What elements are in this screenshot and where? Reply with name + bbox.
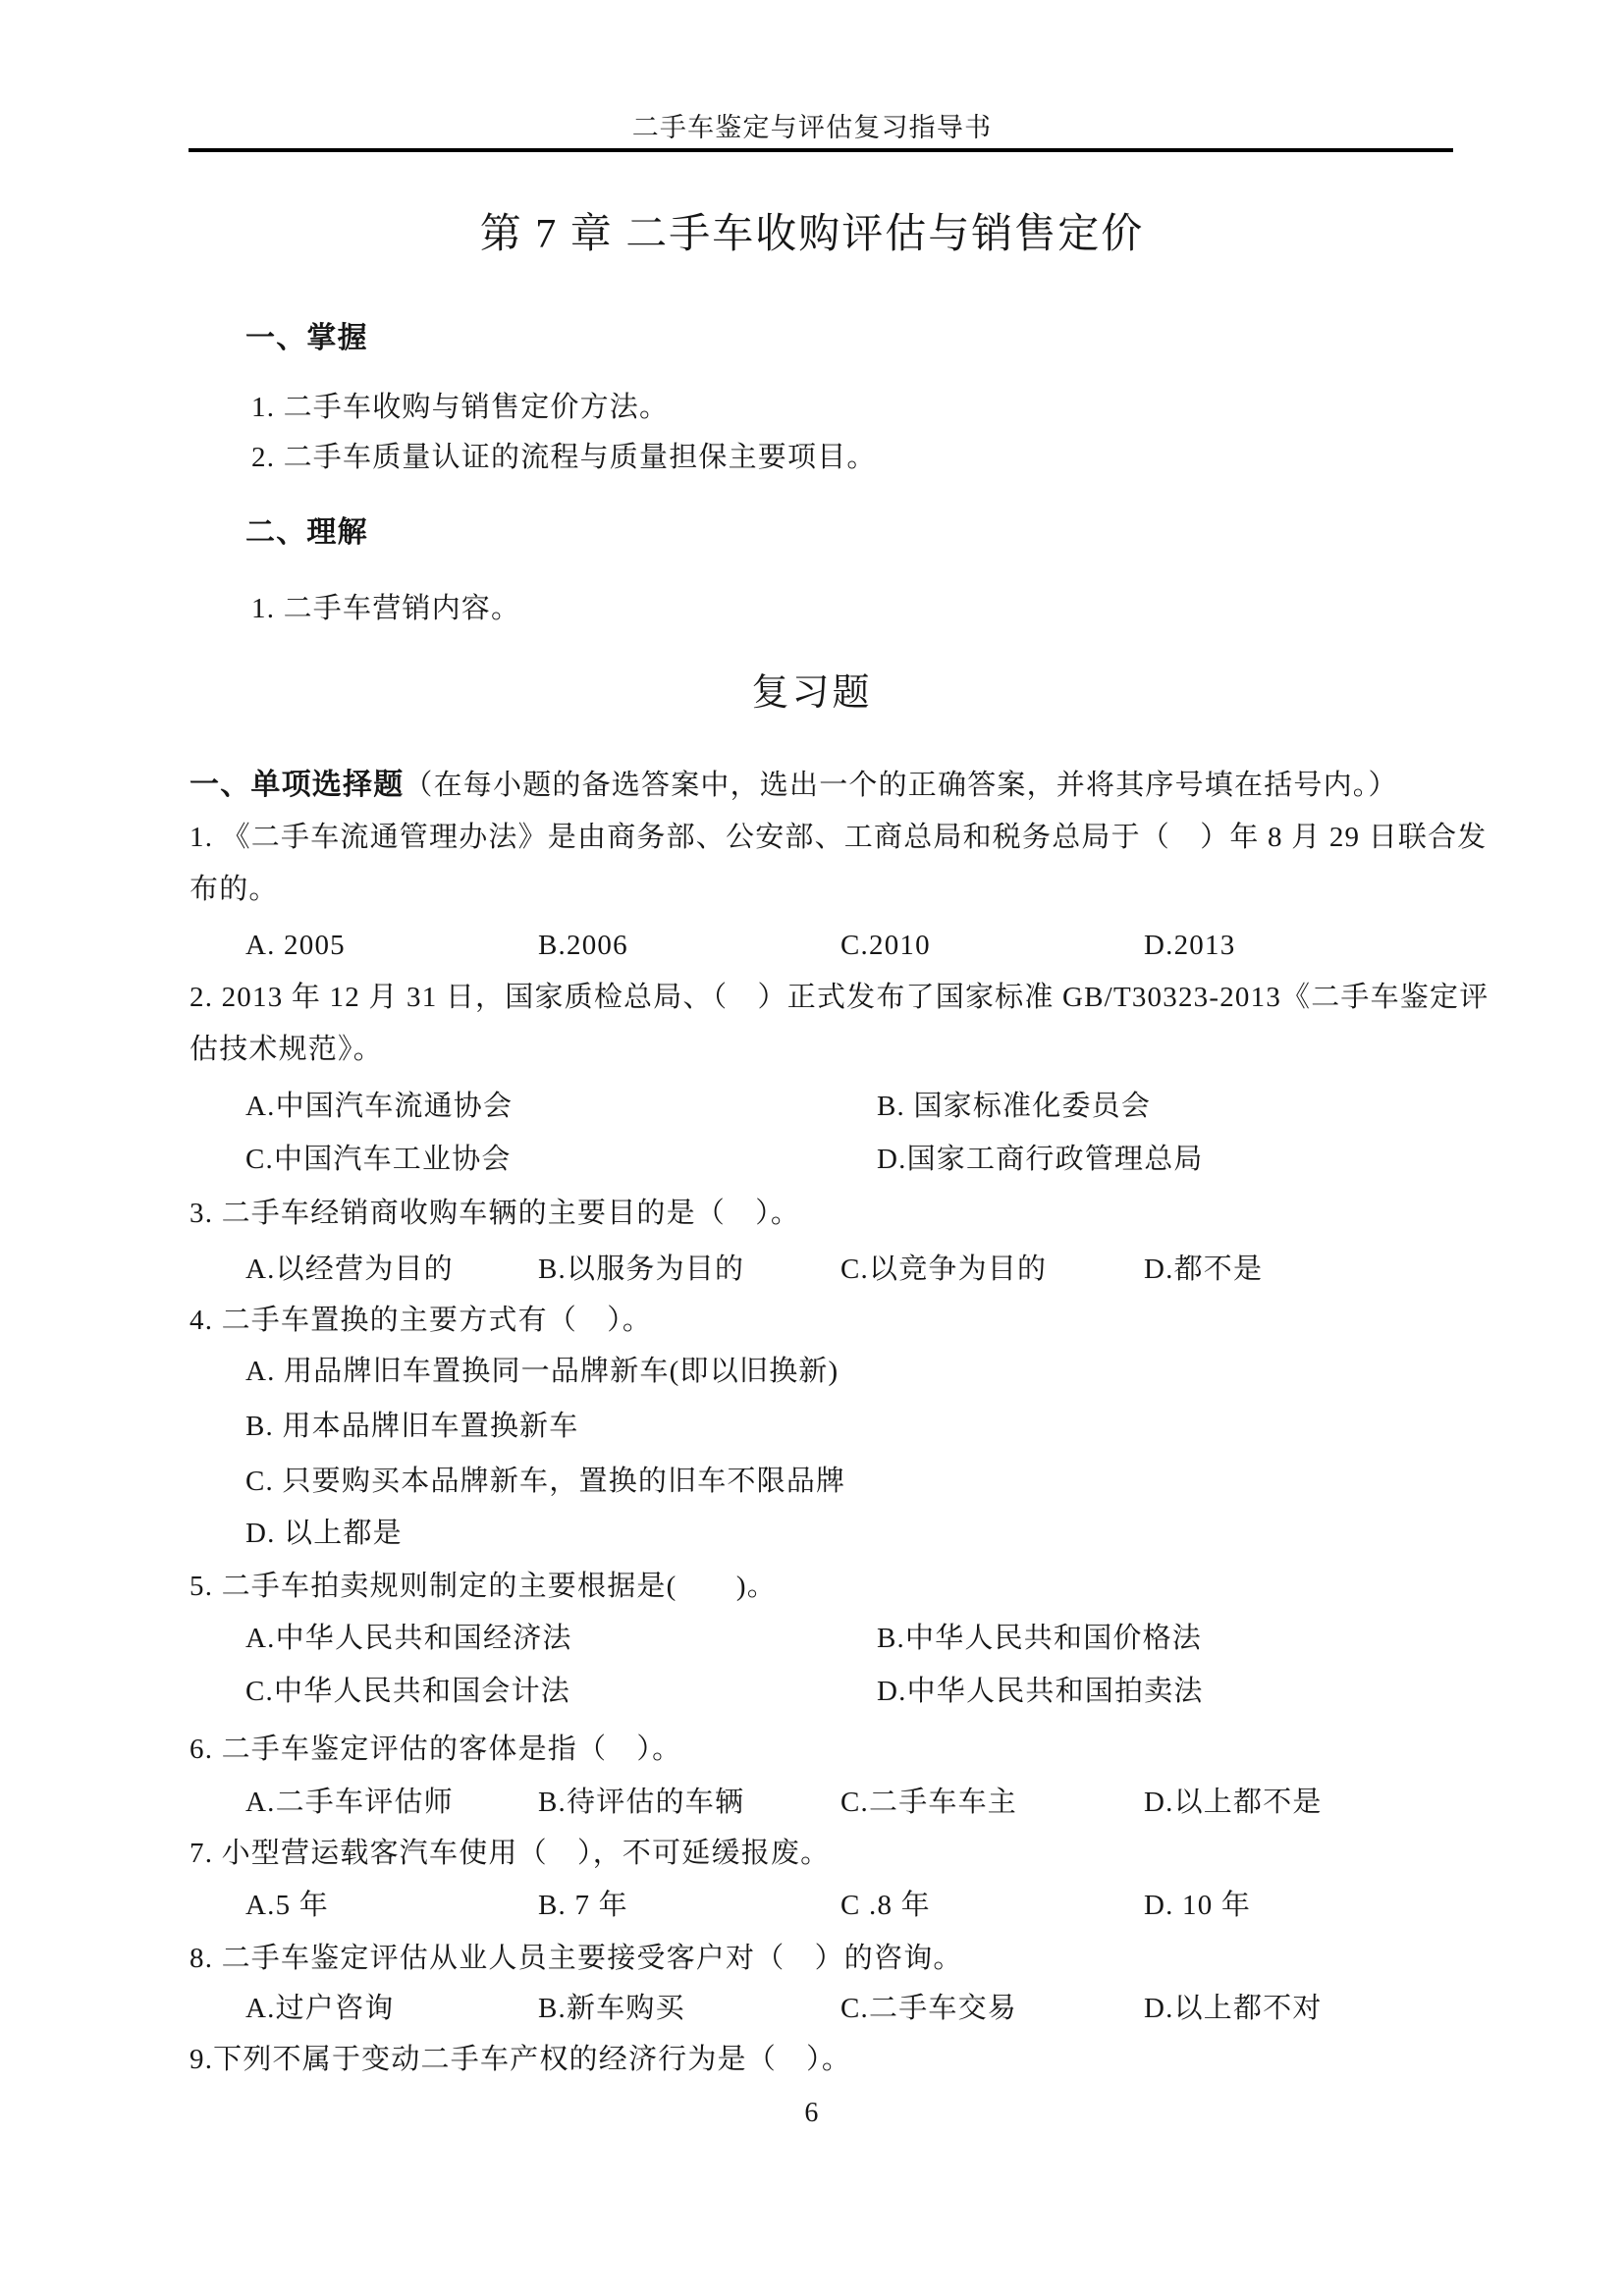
question-text: 1. 《二手车流通管理办法》是由商务部、公安部、工商总局和税务总局于（ ）年 8… — [189, 811, 1488, 864]
objectives-master-heading: 一、掌握 — [245, 312, 368, 365]
running-header: 二手车鉴定与评估复习指导书 — [0, 101, 1624, 154]
question-text: 9.下列不属于变动二手车产权的经济行为是（ ）。 — [189, 2033, 851, 2086]
single-choice-note: （在每小题的备选答案中，选出一个的正确答案，并将其序号填在括号内。） — [404, 770, 1397, 801]
option-item: A.以经营为目的 — [245, 1243, 454, 1296]
option-row: A.中国汽车流通协会 B. 国家标准化委员会 — [189, 1080, 1584, 1133]
option-row: A.过户咨询 B.新车购买 C.二手车交易 D.以上都不对 — [189, 1982, 1584, 2035]
header-rule — [189, 148, 1453, 152]
option-row: A. 2005 B.2006 C.2010 D.2013 — [189, 919, 1584, 972]
option-item: B.中华人民共和国价格法 — [877, 1612, 1202, 1665]
option-item: B.待评估的车辆 — [538, 1776, 744, 1829]
option-row: A.中华人民共和国经济法 B.中华人民共和国价格法 — [189, 1612, 1584, 1665]
single-choice-heading-line: 一、单项选择题（在每小题的备选答案中，选出一个的正确答案，并将其序号填在括号内。… — [189, 759, 1398, 812]
option-item: C.2010 — [840, 919, 931, 972]
option-item: C.中华人民共和国会计法 — [245, 1665, 570, 1718]
option-item: C. 只要购买本品牌新车，置换的旧车不限品牌 — [245, 1455, 845, 1508]
option-item: B. 用本品牌旧车置换新车 — [245, 1400, 578, 1453]
option-row: A.二手车评估师 B.待评估的车辆 C.二手车车主 D.以上都不是 — [189, 1776, 1584, 1829]
option-item: B.新车购买 — [538, 1982, 685, 2035]
page-number: 6 — [0, 2087, 1624, 2140]
option-item: D.以上都不是 — [1144, 1776, 1323, 1829]
single-choice-heading: 一、单项选择题 — [189, 769, 404, 801]
chapter-title: 第 7 章 二手车收购评估与销售定价 — [0, 199, 1624, 270]
option-item: D.都不是 — [1144, 1243, 1263, 1296]
objectives-master-item: 2. 二手车质量认证的流程与质量担保主要项目。 — [251, 431, 877, 484]
option-item: A. 2005 — [245, 919, 346, 972]
option-row: A.5 年 B. 7 年 C .8 年 D. 10 年 — [189, 1879, 1584, 1932]
objectives-master-item: 1. 二手车收购与销售定价方法。 — [251, 381, 669, 434]
question-text: 估技术规范》。 — [189, 1023, 383, 1076]
option-item: A.中国汽车流通协会 — [245, 1080, 513, 1133]
option-item: D. 10 年 — [1144, 1879, 1251, 1932]
objectives-understand-heading: 二、理解 — [245, 507, 368, 560]
option-item: A.中华人民共和国经济法 — [245, 1612, 572, 1665]
option-row: A.以经营为目的 B.以服务为目的 C.以竞争为目的 D.都不是 — [189, 1243, 1584, 1296]
option-item: D.中华人民共和国拍卖法 — [877, 1665, 1204, 1718]
option-item: B. 7 年 — [538, 1879, 628, 1932]
option-row: C.中国汽车工业协会 D.国家工商行政管理总局 — [189, 1133, 1584, 1186]
question-text: 5. 二手车拍卖规则制定的主要根据是( )。 — [189, 1560, 777, 1613]
option-item: C .8 年 — [840, 1879, 931, 1932]
option-item: D.2013 — [1144, 919, 1235, 972]
question-text: 6. 二手车鉴定评估的客体是指（ ）。 — [189, 1723, 681, 1776]
document-page: 二手车鉴定与评估复习指导书 第 7 章 二手车收购评估与销售定价 一、掌握 1.… — [0, 0, 1624, 2296]
option-item: C.以竞争为目的 — [840, 1243, 1047, 1296]
question-text: 4. 二手车置换的主要方式有（ ）。 — [189, 1294, 652, 1347]
option-item: B.2006 — [538, 919, 628, 972]
question-text: 布的。 — [189, 863, 279, 916]
option-item: B. 国家标准化委员会 — [877, 1080, 1151, 1133]
option-row: C.中华人民共和国会计法 D.中华人民共和国拍卖法 — [189, 1665, 1584, 1718]
option-item: C.二手车车主 — [840, 1776, 1017, 1829]
option-item: B.以服务为目的 — [538, 1243, 744, 1296]
option-item: C.中国汽车工业协会 — [245, 1133, 512, 1186]
option-item: C.二手车交易 — [840, 1982, 1017, 2035]
question-text: 3. 二手车经销商收购车辆的主要目的是（ ）。 — [189, 1187, 800, 1240]
option-item: D. 以上都是 — [245, 1507, 403, 1560]
review-title: 复习题 — [0, 660, 1624, 726]
question-text: 8. 二手车鉴定评估从业人员主要接受客户对（ ）的咨询。 — [189, 1932, 963, 1985]
option-item: A.二手车评估师 — [245, 1776, 454, 1829]
option-item: D.以上都不对 — [1144, 1982, 1323, 2035]
option-item: A.5 年 — [245, 1879, 329, 1932]
question-text: 2. 2013 年 12 月 31 日，国家质检总局、（ ）正式发布了国家标准 … — [189, 971, 1489, 1024]
option-item: A. 用品牌旧车置换同一品牌新车(即以旧换新) — [245, 1345, 839, 1398]
question-text: 7. 小型营运载客汽车使用（ ），不可延缓报废。 — [189, 1827, 830, 1880]
option-item: D.国家工商行政管理总局 — [877, 1133, 1204, 1186]
objectives-understand-item: 1. 二手车营销内容。 — [251, 582, 520, 635]
option-item: A.过户咨询 — [245, 1982, 394, 2035]
